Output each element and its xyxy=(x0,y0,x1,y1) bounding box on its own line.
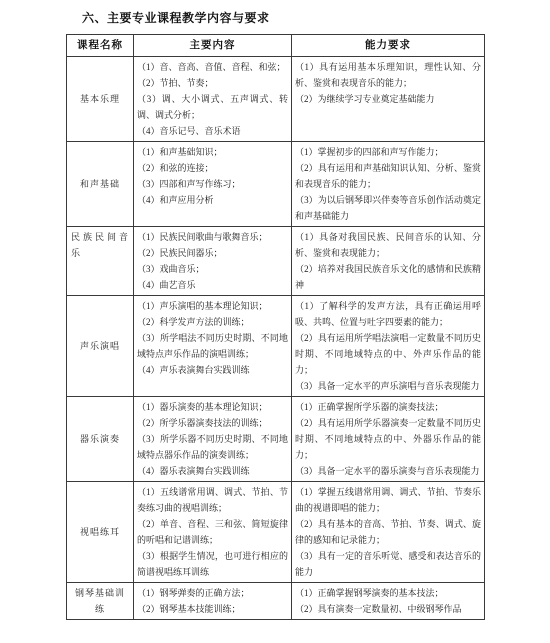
table-row: 视唱练耳（1）五线谱常用调、调式、节拍、节奏练习曲的视唱训练；（2）单音、音程、… xyxy=(67,482,485,583)
content-item: （2）节拍、节奏； xyxy=(137,75,288,91)
requirement-item: （3）具备一定水平的声乐演唱与音乐表现能力 xyxy=(295,378,481,394)
requirement-item: （3）为以后钢琴即兴伴奏等音乐创作活动奠定和声基础能力 xyxy=(295,192,481,224)
content-item: （2）民族民间器乐； xyxy=(137,245,288,261)
content-item: （2）所学乐器演奏技法的训练； xyxy=(137,415,288,431)
requirement-item: （1）掌握五线谱常用调、调式、节拍、节奏乐曲的视谱即唱的能力； xyxy=(295,484,481,516)
course-name-cell: 视唱练耳 xyxy=(67,482,134,583)
requirement-item: （2）具有运用所学乐器演奏一定数量不同历史时期、不同地域特点的中、外器乐作品的能… xyxy=(295,415,481,463)
requirements-cell: （1）具备对我国民族、民间音乐的认知、分析、鉴赏和表现能力；（2）培养对我国民族… xyxy=(292,227,485,296)
course-name-cell: 和声基础 xyxy=(67,142,134,227)
content-item: （4）和声应用分析 xyxy=(137,192,288,208)
requirement-item: （1）掌握初步的四部和声写作能力； xyxy=(295,144,481,160)
table-row: 器乐演奏（1）器乐演奏的基本理论知识；（2）所学乐器演奏技法的训练；（3）所学乐… xyxy=(67,397,485,482)
content-item: （1）钢琴弹奏的正确方法； xyxy=(137,585,288,601)
document-page: 六、主要专业课程教学内容与要求 课程名称 主要内容 能力要求 基本乐理（1）音、… xyxy=(0,0,550,643)
content-item: （4）器乐表演舞台实践训练 xyxy=(137,463,288,479)
content-item: （1）民族民间歌曲与歌舞音乐； xyxy=(137,229,288,245)
content-item: （4）曲艺音乐 xyxy=(137,277,288,293)
content-cell: （1）声乐演唱的基本理论知识；（2）科学发声方法的训练；（3）所学唱法不同历史时… xyxy=(134,296,292,397)
content-cell: （1）钢琴弹奏的正确方法；（2）钢琴基本技能训练； xyxy=(134,583,292,620)
content-item: （3）根据学生情况，也可进行相应的简谱视唱练耳训练 xyxy=(137,548,288,580)
requirement-item: （1）正确掌握所学乐器的演奏技法； xyxy=(295,399,481,415)
course-table: 课程名称 主要内容 能力要求 基本乐理（1）音、音高、音值、音程、和弦；（2）节… xyxy=(66,34,485,620)
requirement-item: （1）了解科学的发声方法，具有正确运用呼吸、共鸣、位置与吐字四要素的能力； xyxy=(295,298,481,330)
requirement-item: （2）具有运用所学唱法演唱一定数量不同历史时期、不同地域特点的中、外声乐作品的能… xyxy=(295,330,481,378)
requirements-cell: （1）正确掌握钢琴演奏的基本技法；（2）具有演奏一定数量初、中级钢琴作品 xyxy=(292,583,485,620)
table-row: 和声基础（1）和声基础知识；（2）和弦的连接；（3）四部和声写作练习；（4）和声… xyxy=(67,142,485,227)
header-row: 课程名称 主要内容 能力要求 xyxy=(67,35,485,57)
requirement-item: （3）具有一定的音乐听觉、感受和表达音乐的能力 xyxy=(295,548,481,580)
course-name-cell: 声乐演唱 xyxy=(67,296,134,397)
requirements-cell: （1）了解科学的发声方法，具有正确运用呼吸、共鸣、位置与吐字四要素的能力；（2）… xyxy=(292,296,485,397)
course-name-cell: 钢琴基础训练 xyxy=(67,583,134,620)
course-table-body: 基本乐理（1）音、音高、音值、音程、和弦；（2）节拍、节奏；（3）调、大小调式、… xyxy=(67,57,485,620)
content-item: （1）器乐演奏的基本理论知识； xyxy=(137,399,288,415)
table-row: 民族民间音乐（1）民族民间歌曲与歌舞音乐；（2）民族民间器乐；（3）戏曲音乐；（… xyxy=(67,227,485,296)
requirement-item: （2）具有运用和声基础知识认知、分析、鉴赏和表现音乐的能力； xyxy=(295,160,481,192)
table-row: 声乐演唱（1）声乐演唱的基本理论知识；（2）科学发声方法的训练；（3）所学唱法不… xyxy=(67,296,485,397)
content-item: （2）和弦的连接； xyxy=(137,160,288,176)
content-cell: （1）五线谱常用调、调式、节拍、节奏练习曲的视唱训练；（2）单音、音程、三和弦、… xyxy=(134,482,292,583)
content-item: （4）音乐记号、音乐术语 xyxy=(137,123,288,139)
requirements-cell: （1）掌握五线谱常用调、调式、节拍、节奏乐曲的视谱即唱的能力；（2）具有基本的音… xyxy=(292,482,485,583)
content-cell: （1）和声基础知识；（2）和弦的连接；（3）四部和声写作练习；（4）和声应用分析 xyxy=(134,142,292,227)
content-item: （1）音、音高、音值、音程、和弦； xyxy=(137,59,288,75)
content-item: （1）五线谱常用调、调式、节拍、节奏练习曲的视唱训练； xyxy=(137,484,288,516)
requirements-cell: （1）具有运用基本乐理知识，理性认知、分析、鉴赏和表现音乐的能力；（2）为继续学… xyxy=(292,57,485,142)
table-row: 基本乐理（1）音、音高、音值、音程、和弦；（2）节拍、节奏；（3）调、大小调式、… xyxy=(67,57,485,142)
course-name-cell: 器乐演奏 xyxy=(67,397,134,482)
content-item: （4）声乐表演舞台实践训练 xyxy=(137,362,288,378)
content-item: （3）调、大小调式、五声调式、转调、调式分析； xyxy=(137,91,288,123)
content-item: （1）声乐演唱的基本理论知识； xyxy=(137,298,288,314)
content-item: （3）所学唱法不同历史时期、不同地域特点声乐作品的演唱训练； xyxy=(137,330,288,362)
content-cell: （1）民族民间歌曲与歌舞音乐；（2）民族民间器乐；（3）戏曲音乐；（4）曲艺音乐 xyxy=(134,227,292,296)
requirement-item: （2）具有基本的音高、节拍、节奏、调式、旋律的感知和记录能力； xyxy=(295,516,481,548)
header-main-content: 主要内容 xyxy=(134,35,292,57)
requirements-cell: （1）掌握初步的四部和声写作能力；（2）具有运用和声基础知识认知、分析、鉴赏和表… xyxy=(292,142,485,227)
requirement-item: （1）具备对我国民族、民间音乐的认知、分析、鉴赏和表现能力； xyxy=(295,229,481,261)
header-ability-requirements: 能力要求 xyxy=(292,35,485,57)
requirement-item: （3）具备一定水平的器乐演奏与音乐表现能力 xyxy=(295,463,481,479)
content-item: （2）单音、音程、三和弦、简短旋律的听唱和记谱训练； xyxy=(137,516,288,548)
table-row: 钢琴基础训练（1）钢琴弹奏的正确方法；（2）钢琴基本技能训练；（1）正确掌握钢琴… xyxy=(67,583,485,620)
requirement-item: （1）具有运用基本乐理知识，理性认知、分析、鉴赏和表现音乐的能力； xyxy=(295,59,481,91)
content-item: （3）所学乐器不同历史时期、不同地域特点器乐作品的演奏训练； xyxy=(137,431,288,463)
content-item: （2）科学发声方法的训练； xyxy=(137,314,288,330)
requirement-item: （2）培养对我国民族音乐文化的感情和民族精神 xyxy=(295,261,481,293)
course-name-cell: 基本乐理 xyxy=(67,57,134,142)
requirements-cell: （1）正确掌握所学乐器的演奏技法；（2）具有运用所学乐器演奏一定数量不同历史时期… xyxy=(292,397,485,482)
requirement-item: （2）具有演奏一定数量初、中级钢琴作品 xyxy=(295,601,481,617)
requirement-item: （2）为继续学习专业奠定基础能力 xyxy=(295,91,481,107)
course-name-cell: 民族民间音乐 xyxy=(67,227,134,296)
header-course-name: 课程名称 xyxy=(67,35,134,57)
section-title: 六、主要专业课程教学内容与要求 xyxy=(82,9,550,26)
requirement-item: （1）正确掌握钢琴演奏的基本技法； xyxy=(295,585,481,601)
content-cell: （1）音、音高、音值、音程、和弦；（2）节拍、节奏；（3）调、大小调式、五声调式… xyxy=(134,57,292,142)
content-item: （1）和声基础知识； xyxy=(137,144,288,160)
content-item: （3）戏曲音乐； xyxy=(137,261,288,277)
content-item: （2）钢琴基本技能训练； xyxy=(137,601,288,617)
course-table-header: 课程名称 主要内容 能力要求 xyxy=(67,35,485,57)
content-cell: （1）器乐演奏的基本理论知识；（2）所学乐器演奏技法的训练；（3）所学乐器不同历… xyxy=(134,397,292,482)
content-item: （3）四部和声写作练习； xyxy=(137,176,288,192)
